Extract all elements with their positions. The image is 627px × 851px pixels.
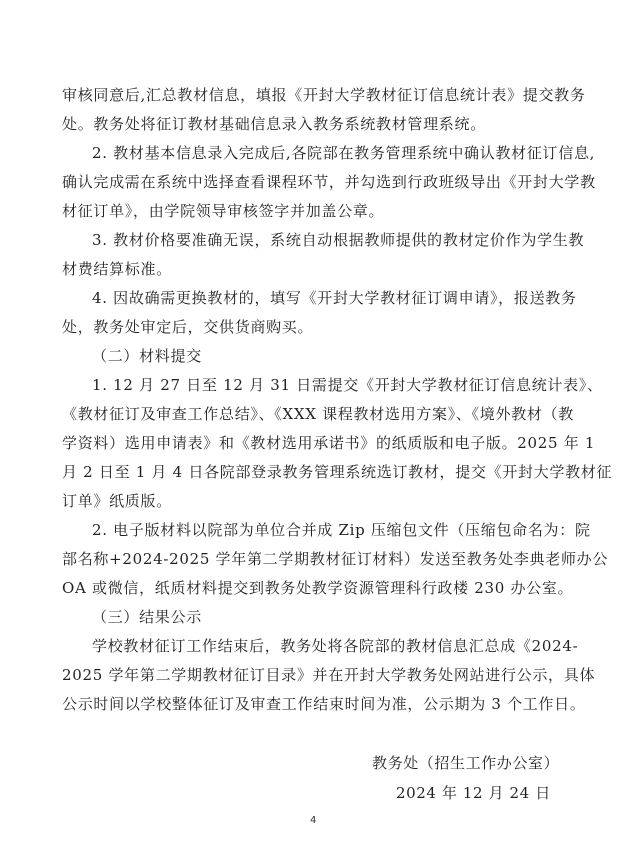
paragraph-line: 2025 学年第二学期教材征订目录》并在开封大学教务处网站进行公示，具体	[62, 664, 582, 686]
paragraph-line: 月 2 日至 1 月 4 日各院部登录教务管理系统选订教材，提交《开封大学教材征	[62, 461, 582, 483]
section-heading-materials: （二）材料提交	[92, 345, 612, 367]
paragraph-line: 材费结算标准。	[62, 258, 582, 280]
paragraph-line: 3. 教材价格要准确无误，系统自动根据教师提供的教材定价作为学生教	[92, 229, 612, 251]
paragraph-line: 处。教务处将征订教材基础信息录入教务系统教材管理系统。	[62, 113, 582, 135]
paragraph-line: 学校教材征订工作结束后，教务处将各院部的教材信息汇总成《2024-	[92, 635, 612, 657]
document-page: 审核同意后,汇总教材信息，填报《开封大学教材征订信息统计表》提交教务 处。教务处…	[0, 0, 627, 851]
paragraph-line: 1. 12 月 27 日至 12 月 31 日需提交《开封大学教材征订信息统计表…	[92, 374, 612, 396]
paragraph-line: 公示时间以学校整体征订及审查工作结束时间为准，公示期为 3 个工作日。	[62, 693, 582, 715]
paragraph-line: 部名称+2024-2025 学年第二学期教材征订材料）发送至教务处李典老师办公	[62, 548, 582, 570]
paragraph-line: 2. 电子版材料以院部为单位合并成 Zip 压缩包文件（压缩包命名为：院	[92, 519, 612, 541]
page-number: 4	[310, 814, 316, 828]
paragraph-line: 2. 教材基本信息录入完成后,各院部在教务管理系统中确认教材征订信息,	[92, 142, 612, 164]
paragraph-line: 学资料）选用申请表》和《教材选用承诺书》的纸质版和电子版。2025 年 1	[62, 432, 582, 454]
paragraph-line: 处，教务处审定后，交供货商购买。	[62, 316, 582, 338]
paragraph-line: 材征订单》，由学院领导审核签字并加盖公章。	[62, 200, 582, 222]
paragraph-line: OA 或微信，纸质材料提交到教务处教学资源管理科行政楼 230 办公室。	[62, 577, 582, 599]
paragraph-line: 订单》纸质版。	[62, 490, 582, 512]
paragraph-line: 《教材征订及审查工作总结》、《XXX 课程教材选用方案》、《境外教材（教	[62, 403, 582, 425]
signature-date: 2024 年 12 月 24 日	[396, 782, 551, 804]
paragraph-line: 确认完成需在系统中选择查看课程环节，并勾选到行政班级导出《开封大学教	[62, 171, 582, 193]
signature-office: 教务处（招生工作办公室）	[372, 752, 559, 774]
section-heading-results: （三）结果公示	[92, 606, 612, 628]
paragraph-line: 4. 因故确需更换教材的，填写《开封大学教材征订调申请》，报送教务	[92, 287, 612, 309]
paragraph-line: 审核同意后,汇总教材信息，填报《开封大学教材征订信息统计表》提交教务	[62, 84, 582, 106]
